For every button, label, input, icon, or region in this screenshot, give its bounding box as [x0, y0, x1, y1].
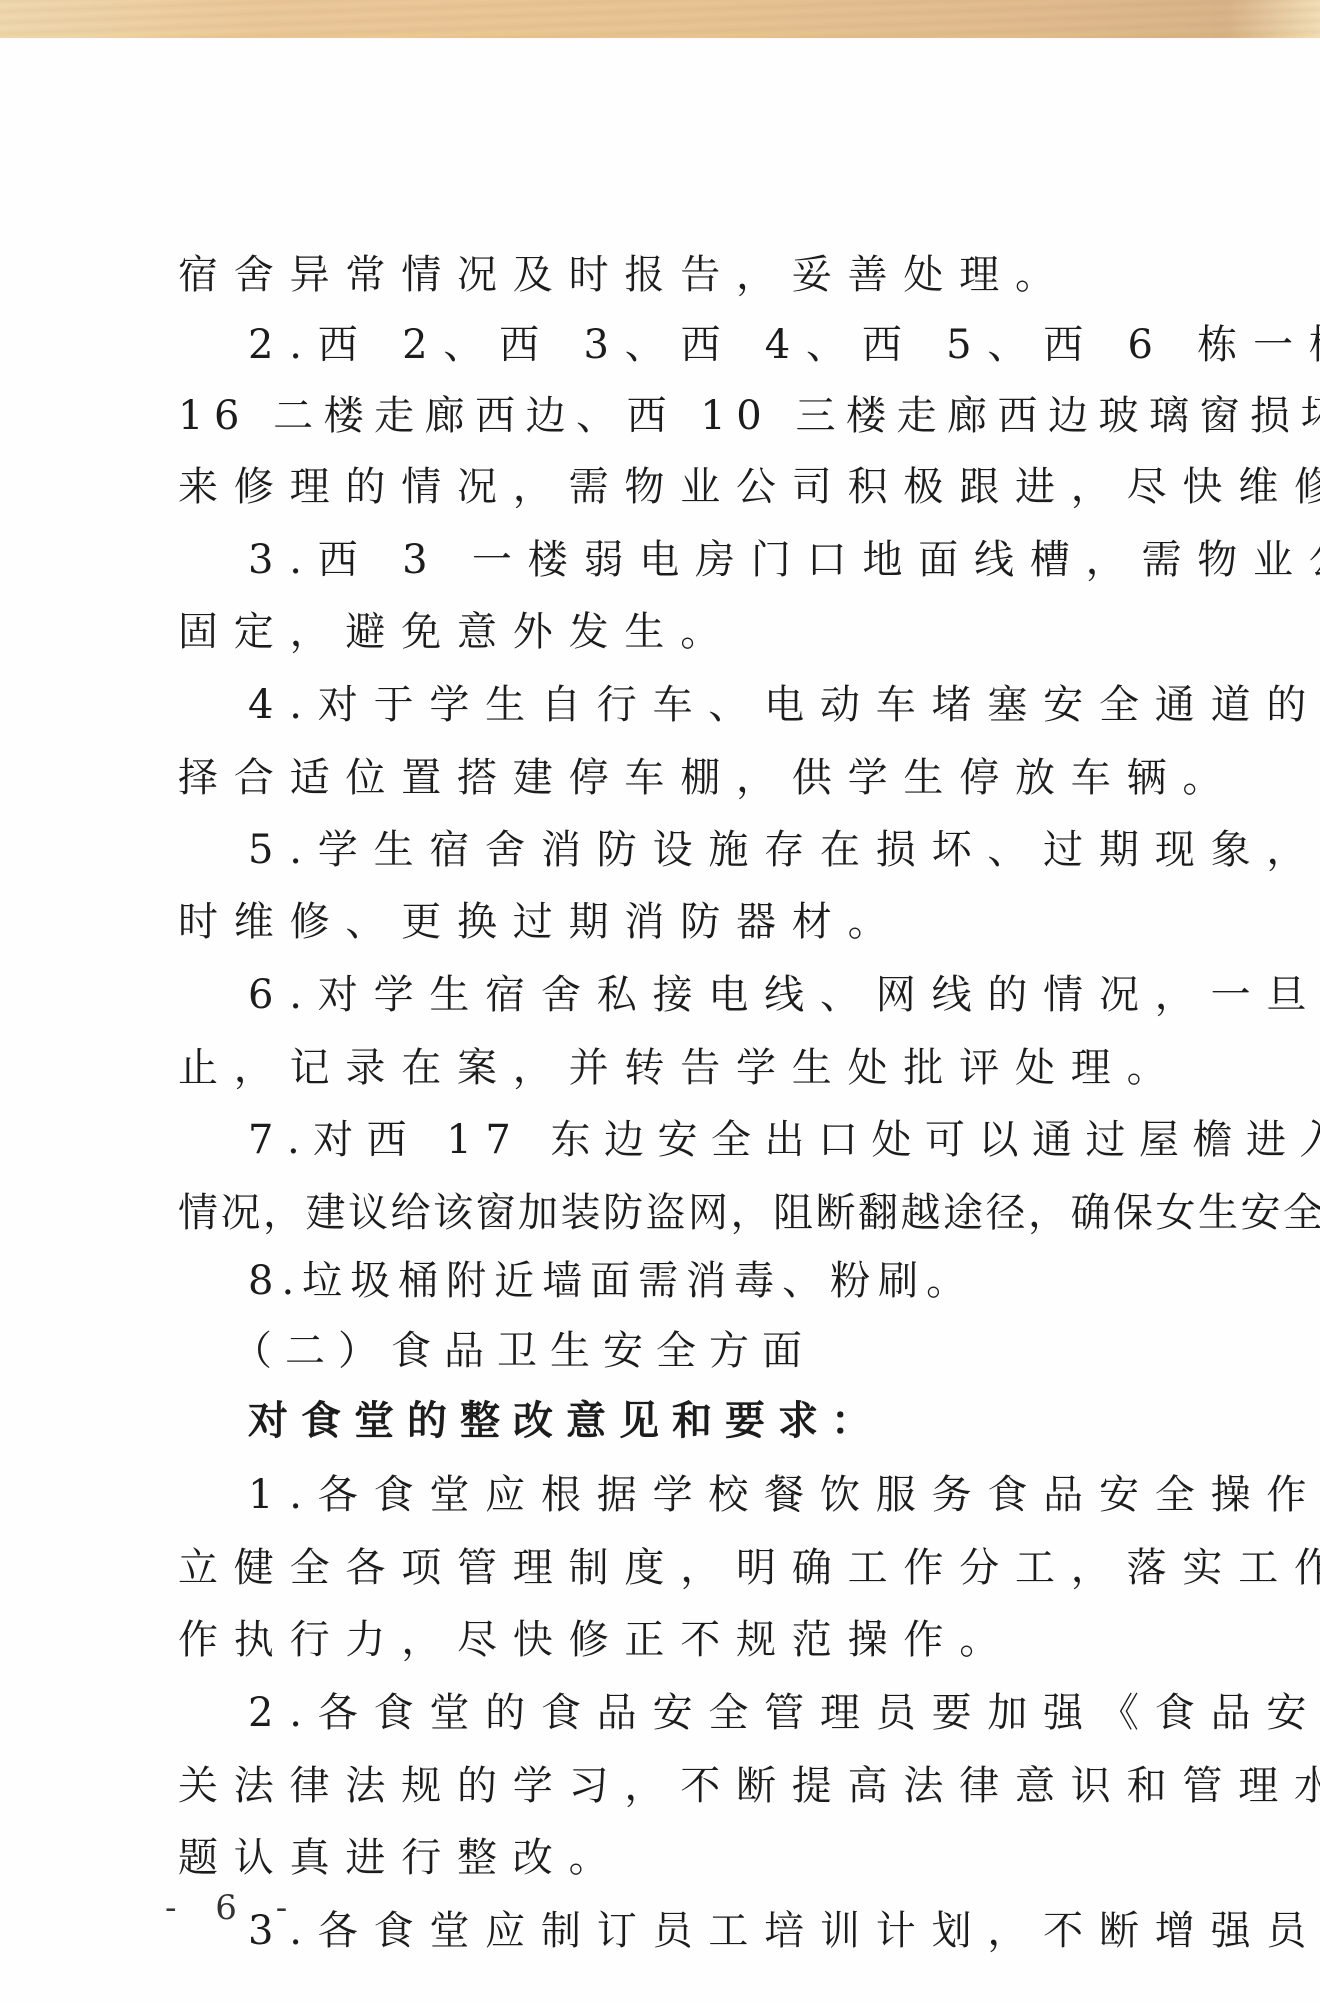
text-line: 1.各食堂应根据学校餐饮服务食品安全操作规范要求建	[248, 1471, 1228, 1519]
text-line: 4.对于学生自行车、电动车堵塞安全通道的情况，建议选	[248, 681, 1228, 729]
text-line: 时维修、更换过期消防器材。	[178, 898, 1158, 946]
text-line: 止，记录在案，并转告学生处批评处理。	[178, 1044, 1158, 1092]
text-line: 择合适位置搭建停车棚，供学生停放车辆。	[178, 754, 1158, 802]
section-heading: （二）食品卫生安全方面	[232, 1327, 1212, 1375]
text-line: 题认真进行整改。	[178, 1834, 1158, 1882]
text-line: 7.对西 17 东边安全出口处可以通过屋檐进入二楼窗户的	[248, 1116, 1228, 1164]
text-line: 固定，避免意外发生。	[178, 608, 1158, 656]
page-number: - 6 -	[165, 1888, 301, 1928]
text-line: 3.各食堂应制订员工培训计划，不断增强员工的安全操作	[248, 1907, 1228, 1955]
text-line: 宿舍异常情况及时报告，妥善处理。	[178, 251, 1158, 299]
text-line: 来修理的情况，需物业公司积极跟进，尽快维修完毕。	[178, 463, 1158, 511]
text-line: 6.对学生宿舍私接电线、网线的情况，一旦发现，立即制	[248, 971, 1228, 1019]
text-line: 2.各食堂的食品安全管理员要加强《食品安全法》及其相	[248, 1689, 1228, 1737]
text-line: 16 二楼走廊西边、西 10 三楼走廊西边玻璃窗损坏，长期无人	[178, 392, 1158, 440]
text-line: 关法律法规的学习，不断提高法律意识和管理水平，对存在问	[178, 1762, 1158, 1810]
text-line: 8.垃圾桶附近墙面需消毒、粉刷。	[248, 1257, 1228, 1305]
text-line: 2.西 2、西 3、西 4、西 5、西 6 栋一楼大厅天花渗水，东	[248, 321, 1228, 369]
text-line: 情况，建议给该窗加装防盗网，阻断翻越途径，确保女生安全。	[178, 1189, 1158, 1237]
text-line: 作执行力，尽快修正不规范操作。	[178, 1616, 1158, 1664]
wood-background-strip	[0, 0, 1320, 38]
text-line: 5.学生宿舍消防设施存在损坏、过期现象，需物业公司及	[248, 826, 1228, 874]
text-line: 3.西 3 一楼弱电房门口地面线槽，需物业公司为线槽加盖	[248, 536, 1228, 584]
text-line: 立健全各项管理制度，明确工作分工，落实工作责任，加强工	[178, 1544, 1158, 1592]
bold-subheading: 对食堂的整改意见和要求：	[248, 1397, 1228, 1445]
